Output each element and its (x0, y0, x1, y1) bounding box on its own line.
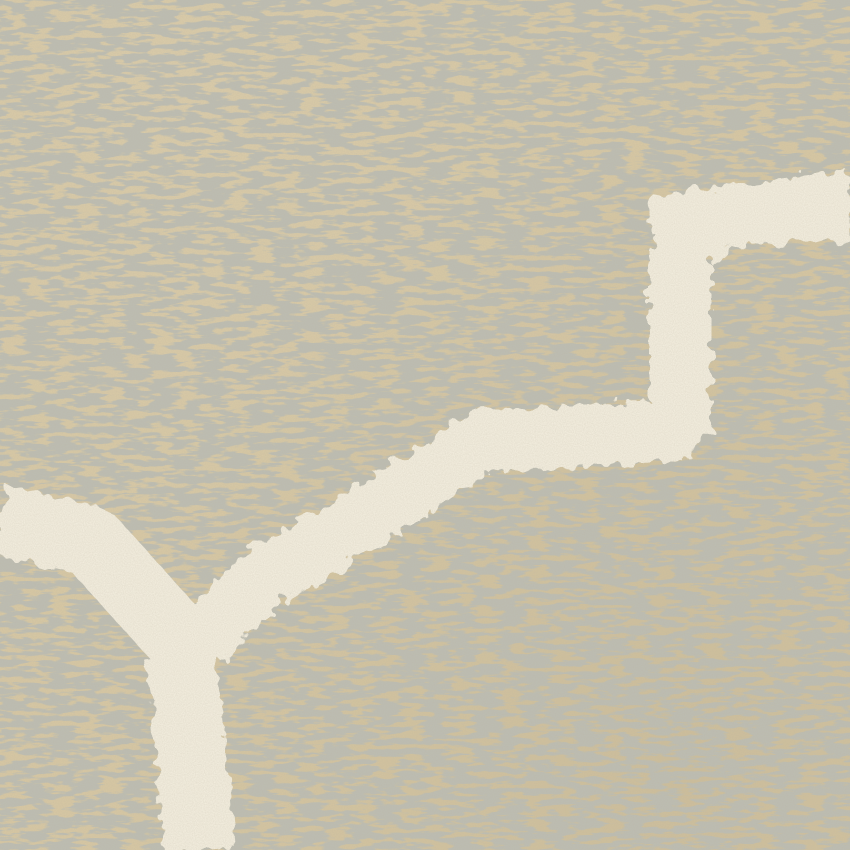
pile-texture (0, 0, 850, 850)
rug-pattern (0, 0, 850, 850)
rug-texture (0, 0, 850, 850)
